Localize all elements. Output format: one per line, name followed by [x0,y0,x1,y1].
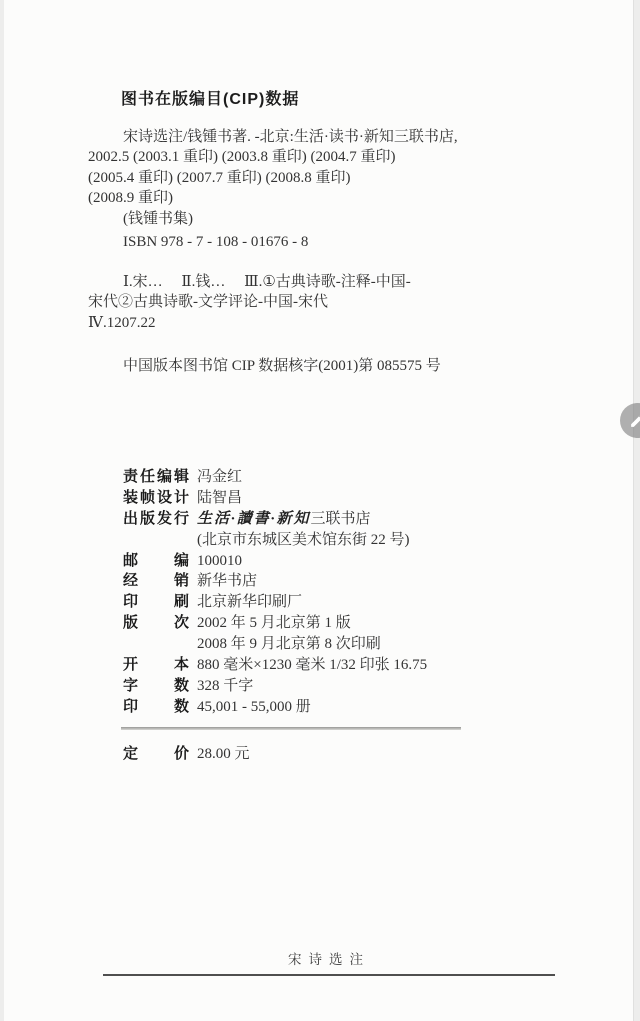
left-page-edge [0,0,4,1021]
cip-record-line: 中国版本图书馆 CIP 数据核字(2001)第 085575 号 [123,354,441,375]
publisher-name: 三联书店 [311,511,371,527]
price-value: 28.00 元 [197,746,250,762]
cip-header: 图书在版编目(CIP)数据 [121,86,299,109]
colophon-value: 2008 年 9 月北京第 8 次印刷 [197,636,381,652]
colophon-value: 2002 年 5 月北京第 1 版 [197,615,351,631]
footer-book-title: 宋诗选注 [103,948,555,968]
colophon-label: 字数 [123,676,189,697]
classification-line: Ⅳ.1207.22 [88,313,411,333]
price-row: 定价28.00 元 [123,744,250,764]
footer-rule [103,974,555,976]
cip-line: 宋诗选注/钱锺书著. -北京:生活·读书·新知三联书店, [88,127,458,147]
colophon-label: 装帧设计 [123,488,189,509]
colophon-value: 冯金红 [197,469,242,485]
classification-block: Ⅰ.宋… Ⅱ.钱… Ⅲ.①古典诗歌-注释-中国- 宋代②古典诗歌-文学评论-中国… [88,272,411,333]
cip-line: (2008.9 重印) [88,188,458,208]
cip-description-block: 宋诗选注/钱锺书著. -北京:生活·读书·新知三联书店, 2002.5 (200… [88,127,458,252]
colophon-label: 版次 [123,613,189,634]
colophon-row: 邮编100010 [123,551,427,572]
colophon-value: 陆智昌 [197,490,242,506]
publisher-address: (北京市东城区美术馆东街 22 号) [197,532,410,548]
classification-line: Ⅰ.宋… Ⅱ.钱… Ⅲ.①古典诗歌-注释-中国- [88,272,411,292]
right-page-edge [633,0,640,1021]
colophon-row: 开本880 毫米×1230 毫米 1/32 印张 16.75 [123,655,427,676]
colophon-row: 印刷北京新华印刷厂 [123,592,427,613]
colophon-value: 880 毫米×1230 毫米 1/32 印张 16.75 [197,657,427,673]
colophon-label: 出版发行 [123,509,189,530]
colophon-row: 字数328 千字 [123,676,427,697]
pencil-icon [629,412,640,429]
cip-line: 2002.5 (2003.1 重印) (2003.8 重印) (2004.7 重… [88,147,458,167]
colophon-row: 2008 年 9 月北京第 8 次印刷 [123,634,427,655]
colophon-row: 印数45,001 - 55,000 册 [123,697,427,718]
colophon-row: 出版发行生活·讀書·新知三联书店 [123,509,427,530]
colophon-value: 新华书店 [197,573,257,589]
colophon-value: 北京新华印刷厂 [197,594,302,610]
colophon-label: 印数 [123,697,189,718]
colophon-value: 100010 [197,553,242,569]
colophon-row: 责任编辑冯金红 [123,467,427,488]
colophon-label: 印刷 [123,592,189,613]
colophon-value: 45,001 - 55,000 册 [197,699,311,715]
publisher-logo-script: 生活·讀書·新知 [197,511,311,527]
colophon-label: 开本 [123,655,189,676]
price-label: 定价 [123,744,189,764]
colophon-value: 328 千字 [197,678,253,694]
colophon-row: 版次2002 年 5 月北京第 1 版 [123,613,427,634]
colophon-label: 责任编辑 [123,467,189,488]
colophon-label: 邮编 [123,551,189,572]
cip-line: (2005.4 重印) (2007.7 重印) (2008.8 重印) [88,168,458,188]
colophon-row: 装帧设计陆智昌 [123,488,427,509]
colophon-row: (北京市东城区美术馆东街 22 号) [123,530,427,551]
colophon-row: 经销新华书店 [123,571,427,592]
edit-fab-button[interactable] [620,403,640,438]
colophon-block: 责任编辑冯金红 装帧设计陆智昌 出版发行生活·讀書·新知三联书店 (北京市东城区… [123,467,427,718]
classification-line: 宋代②古典诗歌-文学评论-中国-宋代 [88,292,411,312]
colophon-label: 经销 [123,571,189,592]
divider-rule [121,727,461,730]
series-line: (钱锺书集) [88,209,458,229]
isbn-line: ISBN 978 - 7 - 108 - 01676 - 8 [88,232,458,252]
page-surface: 图书在版编目(CIP)数据 宋诗选注/钱锺书著. -北京:生活·读书·新知三联书… [0,0,640,1021]
